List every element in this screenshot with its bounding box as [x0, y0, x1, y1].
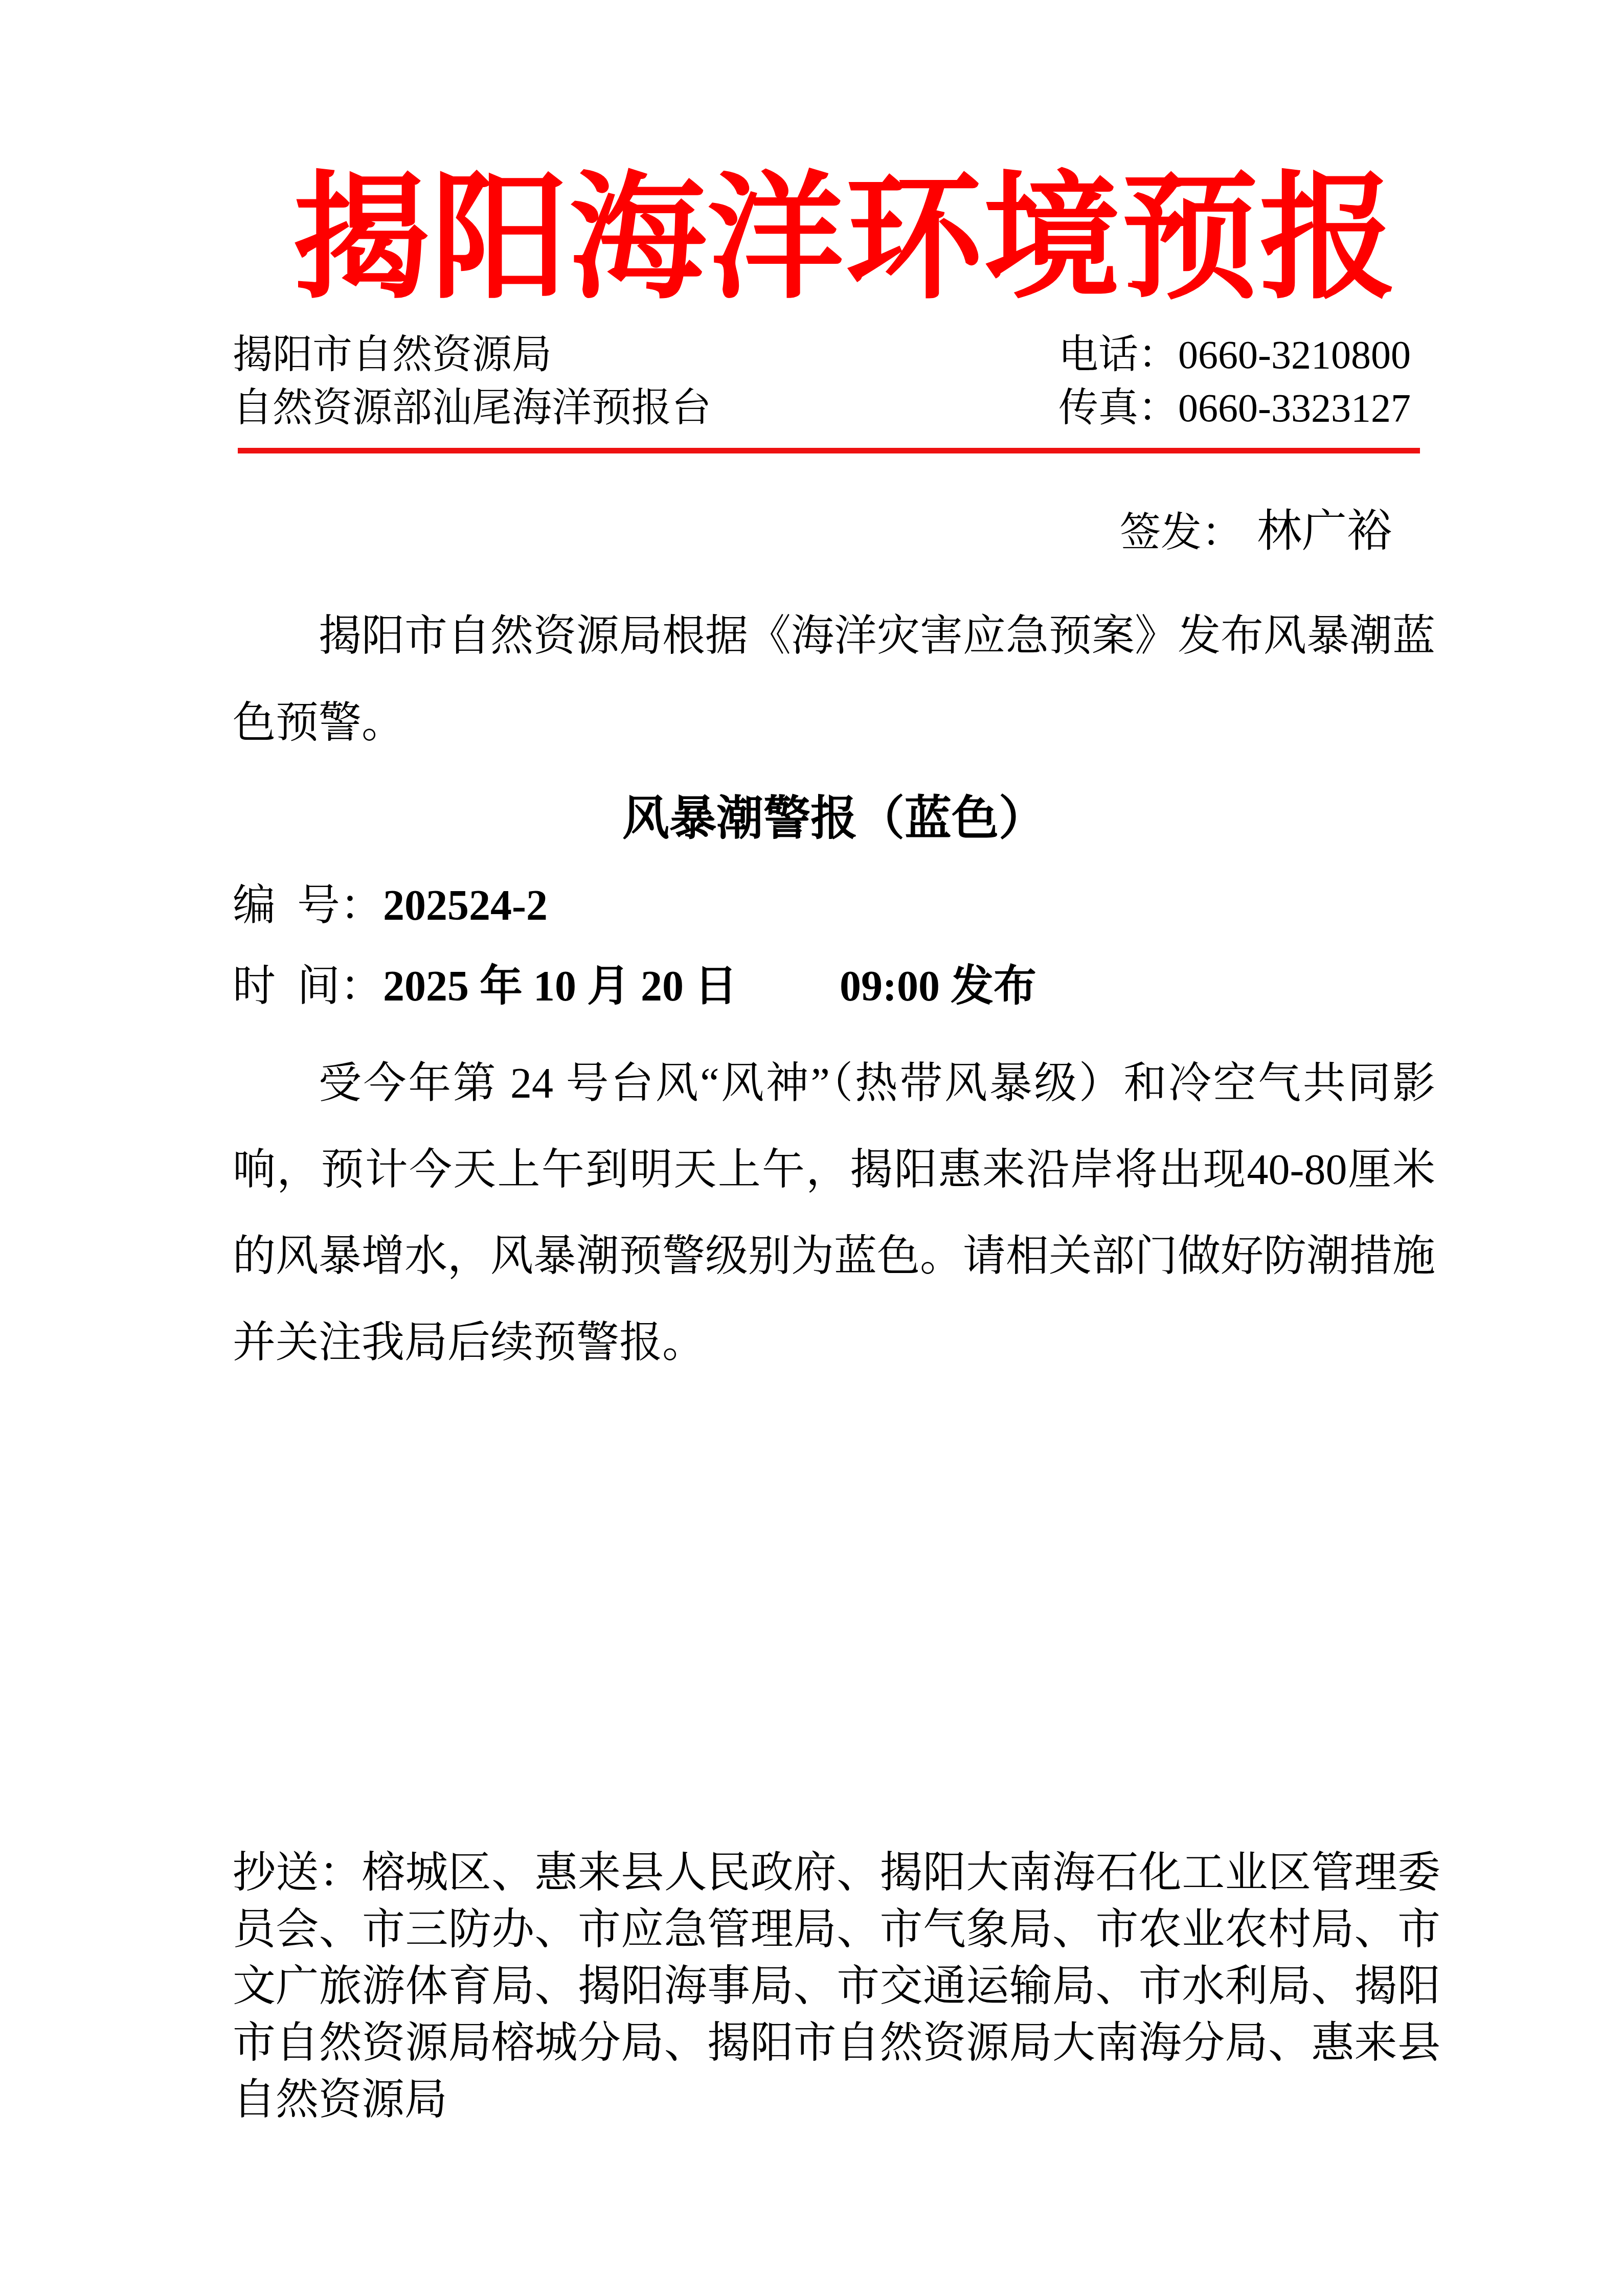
- org-name-primary: 揭阳市自然资源局: [233, 328, 711, 381]
- org-name-secondary: 自然资源部汕尾海洋预报台: [233, 381, 711, 435]
- phone-line: 电话：0660-3210800: [1058, 328, 1411, 381]
- intro-paragraph: 揭阳市自然资源局根据《海洋灾害应急预案》发布风暴潮蓝色预警。: [233, 593, 1435, 767]
- issuing-org-block: 揭阳市自然资源局 自然资源部汕尾海洋预报台: [233, 328, 711, 435]
- contact-block: 电话：0660-3210800 传真：0660-3323127: [1058, 328, 1411, 435]
- document-page: 揭阳海洋环境预报 揭阳市自然资源局 自然资源部汕尾海洋预报台 电话：0660-3…: [0, 0, 1624, 2296]
- alert-heading: 风暴潮警报（蓝色）: [233, 790, 1435, 847]
- fax-line: 传真：0660-3323127: [1058, 381, 1411, 435]
- issuer-name: 林广裕: [1257, 507, 1392, 556]
- time-date: 2025 年 10 月 20 日: [383, 963, 737, 1010]
- issuer-label: 签发：: [1120, 510, 1243, 555]
- number-label: 编 号：: [233, 882, 383, 929]
- time-label: 时 间：: [233, 963, 383, 1010]
- page-title: 揭阳海洋环境预报: [0, 163, 1624, 316]
- time-line: 时 间：2025 年 10 月 20 日09:00 发布: [233, 955, 1036, 1018]
- number-value: 202524-2: [383, 882, 548, 929]
- time-release: 09:00 发布: [840, 963, 1036, 1010]
- issuer-line: 签发：林广裕: [1120, 505, 1392, 559]
- red-divider: [238, 448, 1420, 453]
- number-line: 编 号：202524-2: [233, 874, 548, 938]
- body-paragraph: 受今年第 24 号台风“风神”（热带风暴级）和冷空气共同影响，预计今天上午到明天…: [233, 1040, 1435, 1386]
- cc-paragraph: 抄送：榕城区、惠来县人民政府、揭阳大南海石化工业区管理委员会、市三防办、市应急管…: [233, 1845, 1440, 2128]
